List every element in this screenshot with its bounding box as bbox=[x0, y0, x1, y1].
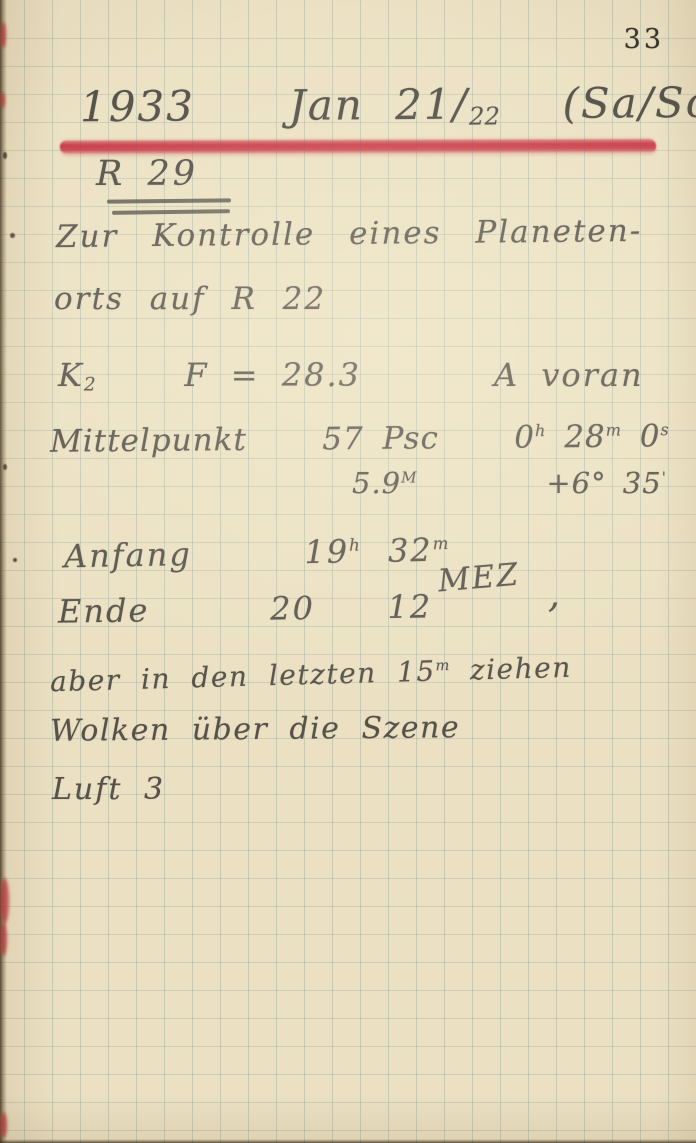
purpose-text-line2: orts auf R 22 bbox=[54, 281, 326, 317]
page-number: 33 bbox=[624, 24, 664, 55]
red-ink-smudge bbox=[0, 22, 6, 48]
ink-speck bbox=[3, 152, 7, 159]
red-crayon-underline bbox=[60, 139, 656, 154]
red-ink-smudge bbox=[0, 1112, 7, 1138]
comma-mark: , bbox=[548, 572, 560, 616]
instrument-field-line: K2 F = 28.3 A voran bbox=[58, 356, 644, 396]
observation-id: R 29 bbox=[96, 154, 198, 194]
purpose-text-line1: Zur Kontrolle eines Planeten- bbox=[56, 213, 643, 255]
red-ink-smudge bbox=[0, 878, 9, 924]
seeing-note: Luft 3 bbox=[52, 772, 165, 807]
date-heading: 1933 Jan 21/22 (Sa/So) bbox=[80, 78, 696, 134]
notebook-page: 33 1933 Jan 21/22 (Sa/So) R 29 Zur Kontr… bbox=[0, 0, 696, 1143]
magnitude-declination: 5.9M +6° 35' bbox=[352, 466, 666, 500]
ink-speck bbox=[13, 558, 17, 562]
weather-note-line2: Wolken über die Szene bbox=[50, 710, 460, 749]
ink-speck bbox=[3, 464, 7, 470]
red-ink-smudge bbox=[0, 922, 7, 956]
end-time: Ende 20 12 bbox=[58, 587, 433, 630]
start-time: Anfang 19h 32m bbox=[64, 531, 449, 576]
page-bottom-edge bbox=[0, 1139, 696, 1143]
ink-speck bbox=[10, 233, 15, 238]
red-ink-smudge bbox=[0, 92, 5, 108]
field-center-coordinates: Mittelpunkt 57 Psc 0h 28m 0s bbox=[50, 418, 669, 459]
page-binding-edge bbox=[0, 0, 7, 1143]
timezone-label: MEZ bbox=[437, 556, 522, 599]
